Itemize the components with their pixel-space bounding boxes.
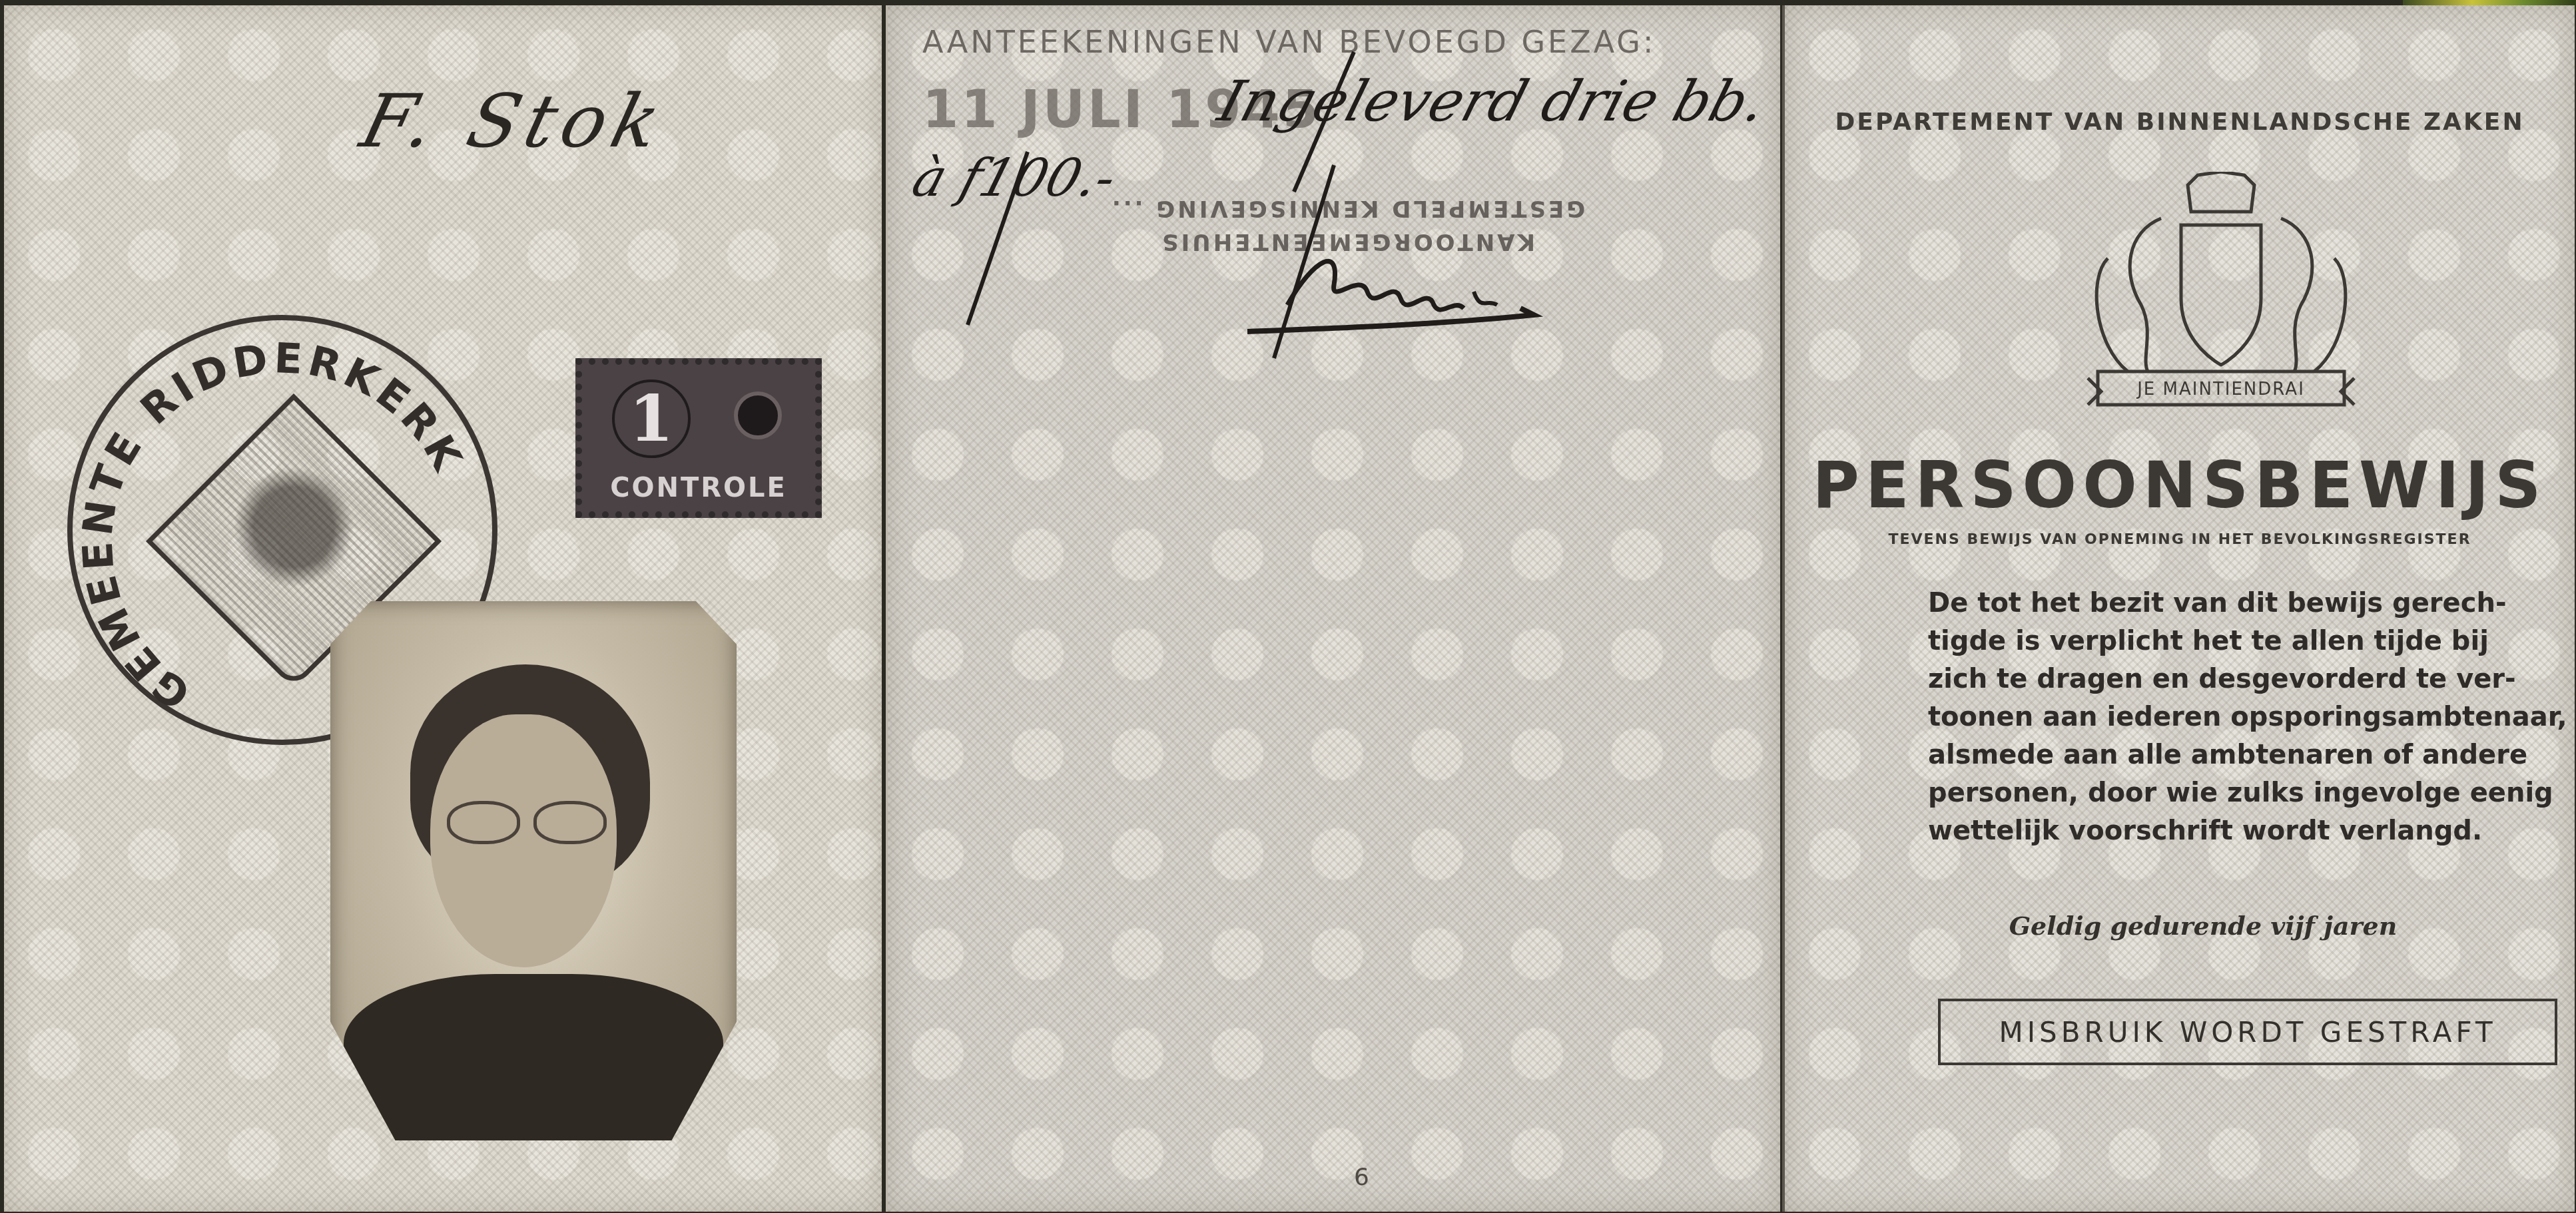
validity-notice: Geldig gedurende vijf jaren bbox=[1785, 911, 2575, 941]
svg-text:JE MAINTIENDRAI: JE MAINTIENDRAI bbox=[2136, 379, 2305, 399]
legal-notice-line: De tot het bezit van dit bewijs gerech- bbox=[1928, 585, 2561, 622]
revenue-stamp-value: 1 bbox=[612, 379, 691, 458]
revenue-stamp-label: CONTROLE bbox=[582, 473, 815, 503]
legal-notice-line: zich te dragen en desgevorderd te ver- bbox=[1928, 660, 2561, 698]
pen-stroke-icon bbox=[948, 138, 1081, 338]
holder-photo bbox=[330, 601, 737, 1140]
rosette-icon bbox=[734, 391, 782, 439]
legal-notice-line: alsmede aan alle ambtenaren of andere bbox=[1928, 736, 2561, 774]
document-subtitle: TEVENS BEWIJS VAN OPNEMING IN HET BEVOLK… bbox=[1785, 531, 2575, 548]
pen-stroke-icon bbox=[1181, 0, 1381, 338]
page-left: F. Stok GEMEENTE RIDDERKERK 1 CONTROLE bbox=[4, 5, 882, 1212]
revenue-stamp: 1 CONTROLE bbox=[575, 358, 822, 518]
photo-glasses-icon bbox=[440, 801, 607, 841]
legal-notice-line: personen, door wie zulks ingevolge eenig bbox=[1928, 774, 2561, 812]
holder-signature: F. Stok bbox=[353, 79, 675, 164]
misuse-warning: MISBRUIK WORDT GESTRAFT bbox=[1938, 999, 2557, 1065]
page-number: 6 bbox=[1354, 1164, 1369, 1191]
page-right: DEPARTEMENT VAN BINNENLANDSCHE ZAKEN JE … bbox=[1782, 5, 2575, 1212]
document-title: PERSOONSBEWIJS bbox=[1785, 448, 2575, 523]
legal-notice: De tot het bezit van dit bewijs gerech- … bbox=[1928, 585, 2561, 850]
page-middle: AANTEEKENINGEN VAN BEVOEGD GEZAG: 11 JUL… bbox=[886, 5, 1780, 1212]
national-coat-of-arms-icon: JE MAINTIENDRAI bbox=[2081, 172, 2361, 425]
photo-clothing bbox=[344, 974, 723, 1147]
department-heading: DEPARTEMENT VAN BINNENLANDSCHE ZAKEN bbox=[1785, 109, 2575, 136]
legal-notice-line: wettelijk voorschrift wordt verlangd. bbox=[1928, 812, 2561, 850]
legal-notice-line: tigde is verplicht het te allen tijde bi… bbox=[1928, 622, 2561, 660]
legal-notice-line: toonen aan iederen opsporingsambtenaar, bbox=[1928, 698, 2561, 736]
